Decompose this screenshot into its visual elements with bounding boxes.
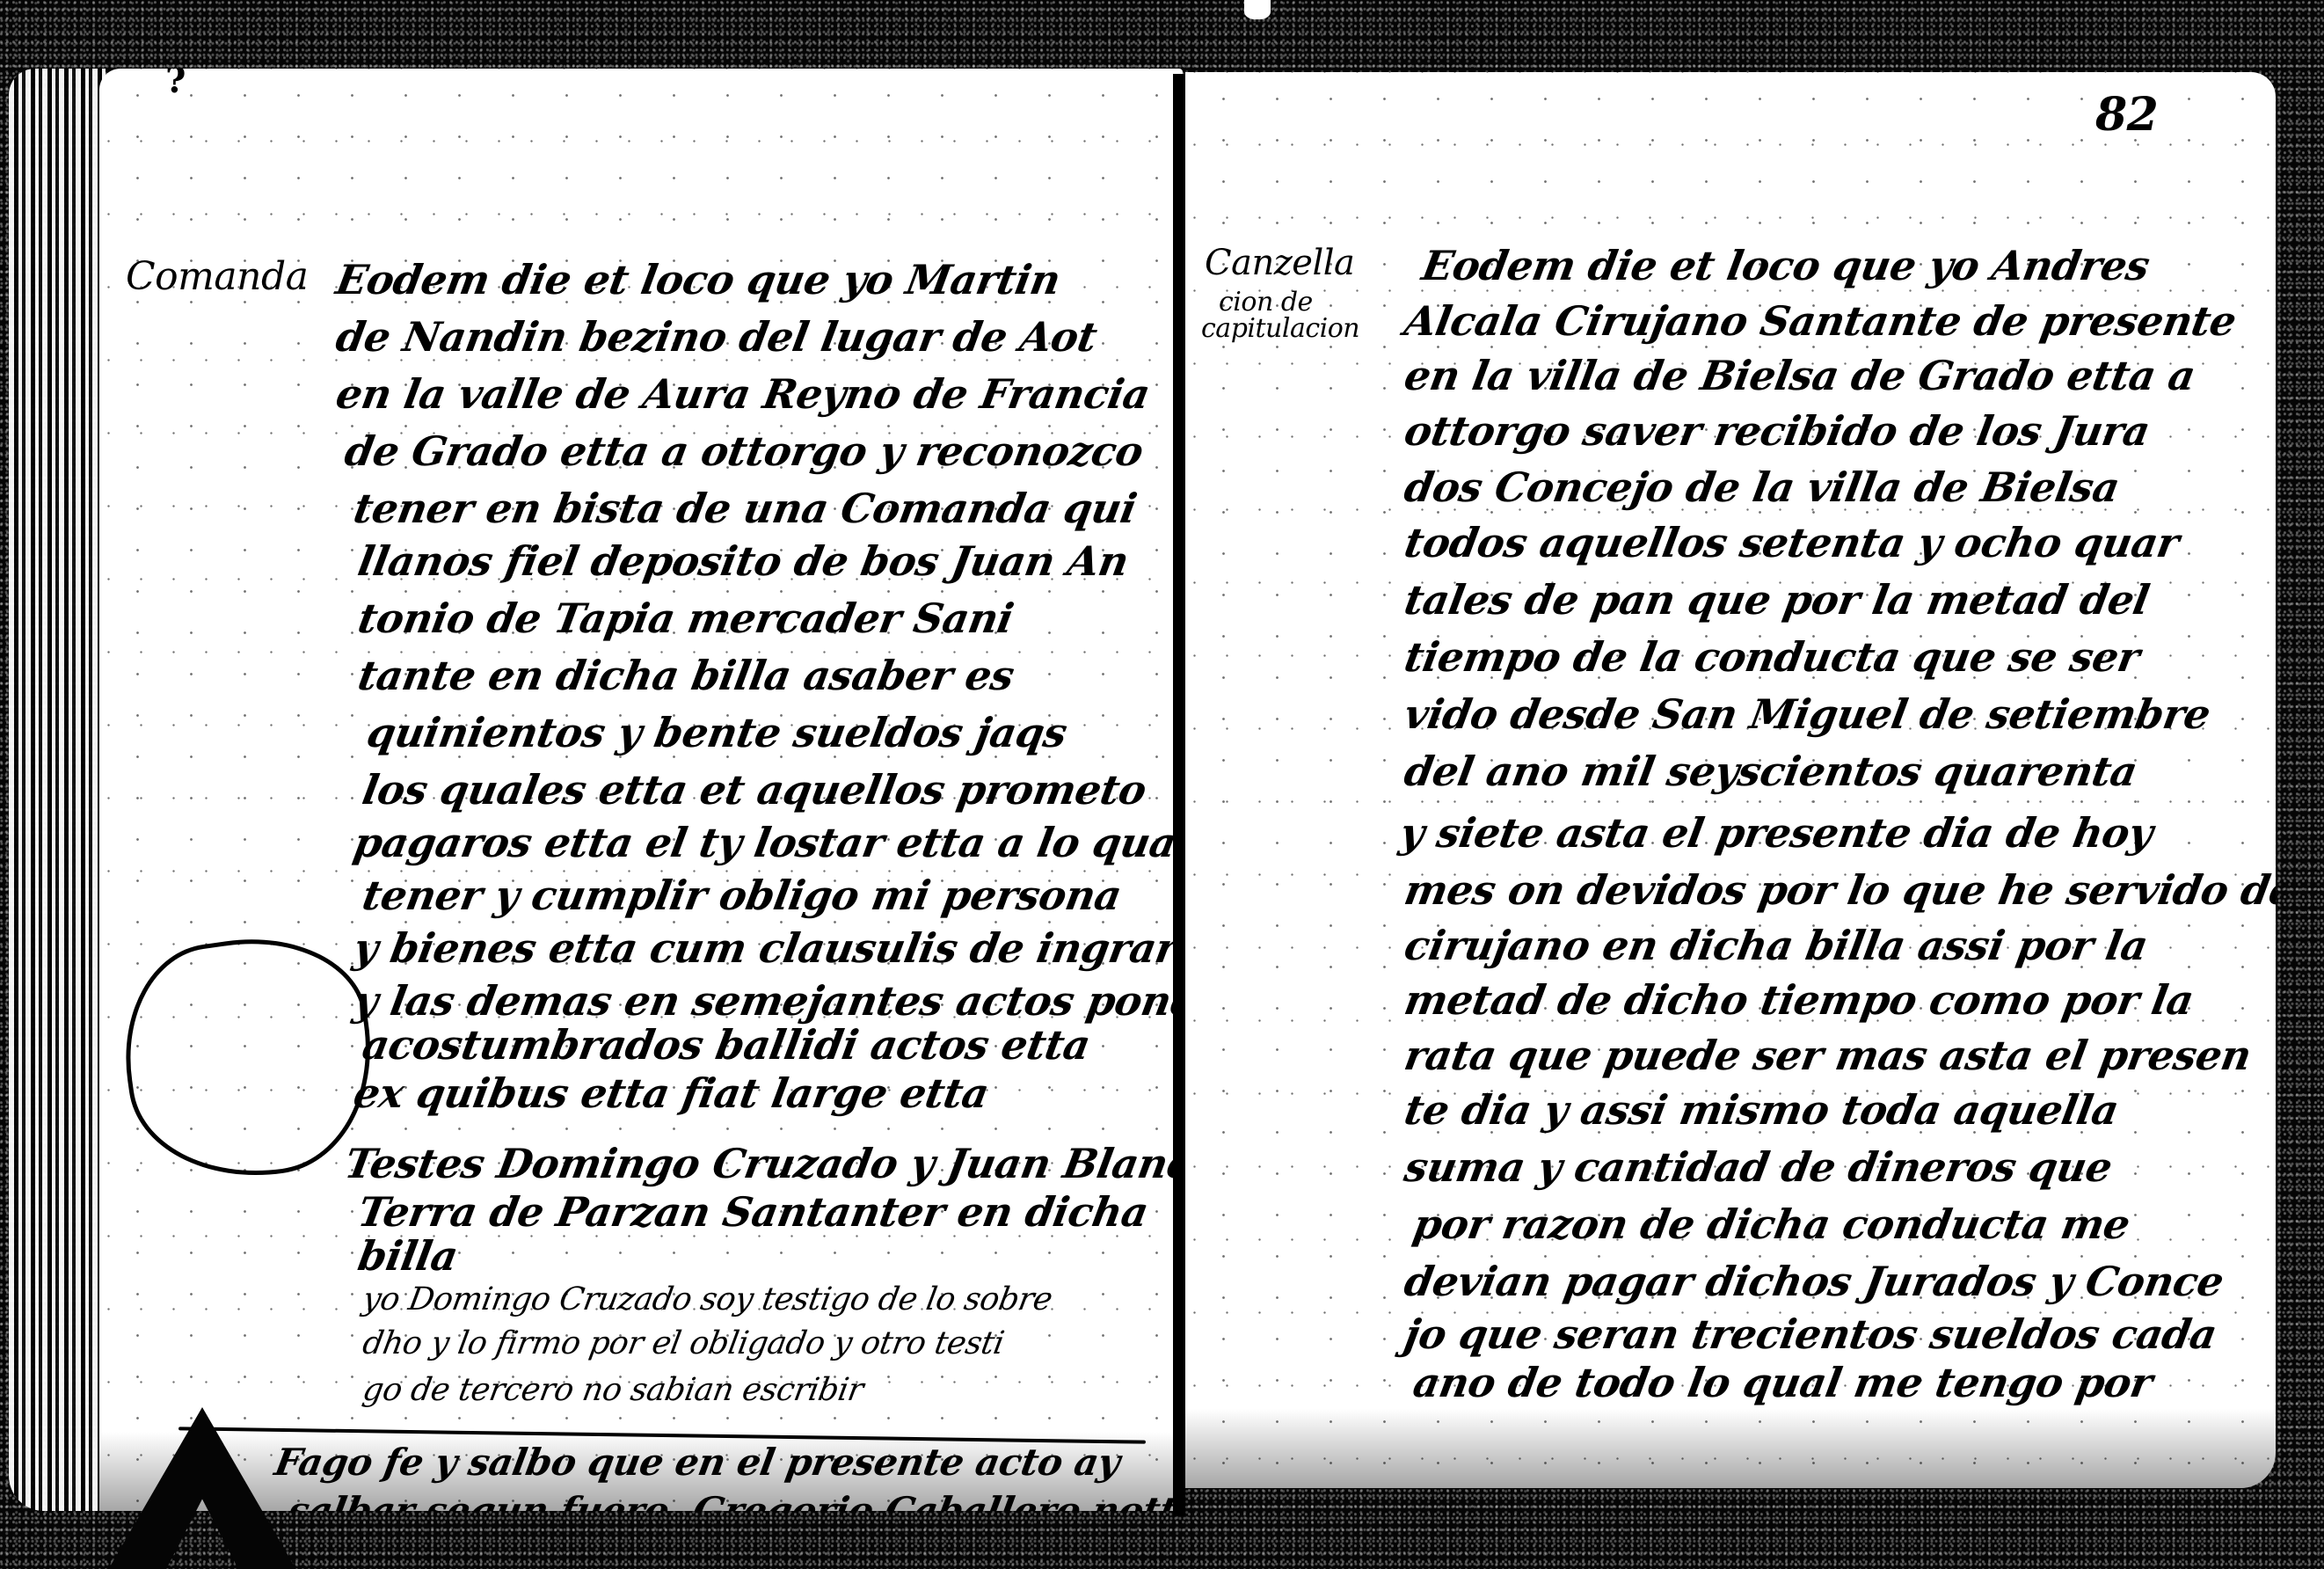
text-line: tiempo de la conducta que se ser: [1402, 635, 2143, 679]
text-line: los quales etta et aquellos prometo: [360, 768, 1150, 812]
book-gutter: [1173, 74, 1185, 1516]
page-bottom-shadow: [1185, 1409, 2276, 1488]
text-line: ex quibus etta fiat large etta: [351, 1071, 993, 1115]
text-line: Alcala Cirujano Santante de presente: [1402, 299, 2240, 343]
margin-note-line: capitulacion: [1201, 310, 1359, 348]
text-line: quinientos y bente sueldos jaqs: [364, 711, 1070, 755]
right-page: 82 Canzella cion de capitulacion Eodem d…: [1185, 72, 2276, 1488]
text-line: jo que seran trecientos sueldos cada: [1402, 1312, 2220, 1356]
signature-line: yo Domingo Cruzado soy testigo de lo sob…: [360, 1278, 1056, 1322]
text-line: acostumbrados ballidi actos etta: [360, 1023, 1094, 1067]
signature-line: dho y lo firmo por el obligado y otro te…: [360, 1322, 1008, 1366]
text-line: tales de pan que por la metad del: [1402, 578, 2153, 622]
text-line: y siete asta el presente dia de hoy: [1397, 811, 2156, 855]
text-line: te dia y assi mismo toda aquella: [1402, 1088, 2122, 1132]
signature-line: go de tercero no sabian escribir: [360, 1368, 867, 1412]
text-line: devian pagar dichos Jurados y Conce: [1402, 1259, 2227, 1303]
text-line: en la valle de Aura Reyno de Francia: [333, 372, 1154, 416]
text-line: tener en bista de una Comanda qui: [351, 486, 1140, 530]
text-line: cirujano en dicha billa assi por la: [1402, 923, 2152, 967]
text-line: tonio de Tapia mercader Sani: [355, 596, 1017, 640]
margin-note-line: Canzella: [1205, 244, 1354, 282]
text-line: y las demas en semejantes actos poner: [351, 979, 1183, 1023]
page-bottom-shadow: [99, 1432, 1183, 1511]
book-page-edges: [9, 69, 106, 1511]
text-line: vido desde San Miguel de setiembre: [1402, 692, 2214, 736]
left-page: ? Comanda Eodem die et loco que yo Marti…: [99, 69, 1183, 1511]
text-line: tante en dicha billa asaber es: [355, 653, 1017, 697]
text-line: billa: [355, 1234, 462, 1278]
text-line: de Nandin bezino del lugar de Aot: [333, 315, 1100, 359]
text-line: llanos fiel deposito de bos Juan An: [355, 539, 1133, 583]
text-line: Eodem die et loco que yo Andres: [1419, 244, 2153, 288]
corner-mark: ?: [165, 69, 186, 101]
text-line: Eodem die et loco que yo Martin: [333, 258, 1064, 302]
text-line: del ano mil seyscientos quarenta: [1402, 749, 2141, 793]
text-line: rata que puede ser mas asta el presen: [1402, 1033, 2255, 1077]
text-line: dos Concejo de la villa de Bielsa: [1402, 465, 2123, 509]
text-line: tener y cumplir obligo mi persona: [360, 873, 1125, 917]
folio-number: 82: [2095, 88, 2158, 142]
text-line: ottorgo saver recibido de los Jura: [1402, 409, 2153, 453]
text-line: todos aquellos setenta y ocho quar: [1402, 521, 2182, 565]
text-line: pagaros etta el ty lostar etta a lo qual: [351, 821, 1183, 865]
text-line: en la villa de Bielsa de Grado etta a: [1402, 354, 2199, 398]
text-line: suma y cantidad de dineros que: [1402, 1145, 2116, 1189]
text-line: por razon de dicha conducta me: [1410, 1202, 2133, 1246]
water-stain: [111, 923, 388, 1193]
text-line: y bienes etta cum clausulis de ingrario: [351, 926, 1183, 970]
spine-highlight: [1244, 0, 1271, 19]
text-line: mes on devidos por lo que he servido de: [1402, 868, 2276, 912]
text-line: Testes Domingo Cruzado y Juan Blanc: [342, 1142, 1183, 1186]
margin-note-comanda: Comanda: [126, 258, 308, 296]
text-line: ano de todo lo qual me tengo por: [1410, 1361, 2156, 1405]
text-line: de Grado etta a ottorgo y reconozco: [342, 429, 1147, 473]
text-line: metad de dicho tiempo como por la: [1402, 978, 2197, 1022]
text-line: Terra de Parzan Santanter en dicha: [355, 1190, 1152, 1234]
